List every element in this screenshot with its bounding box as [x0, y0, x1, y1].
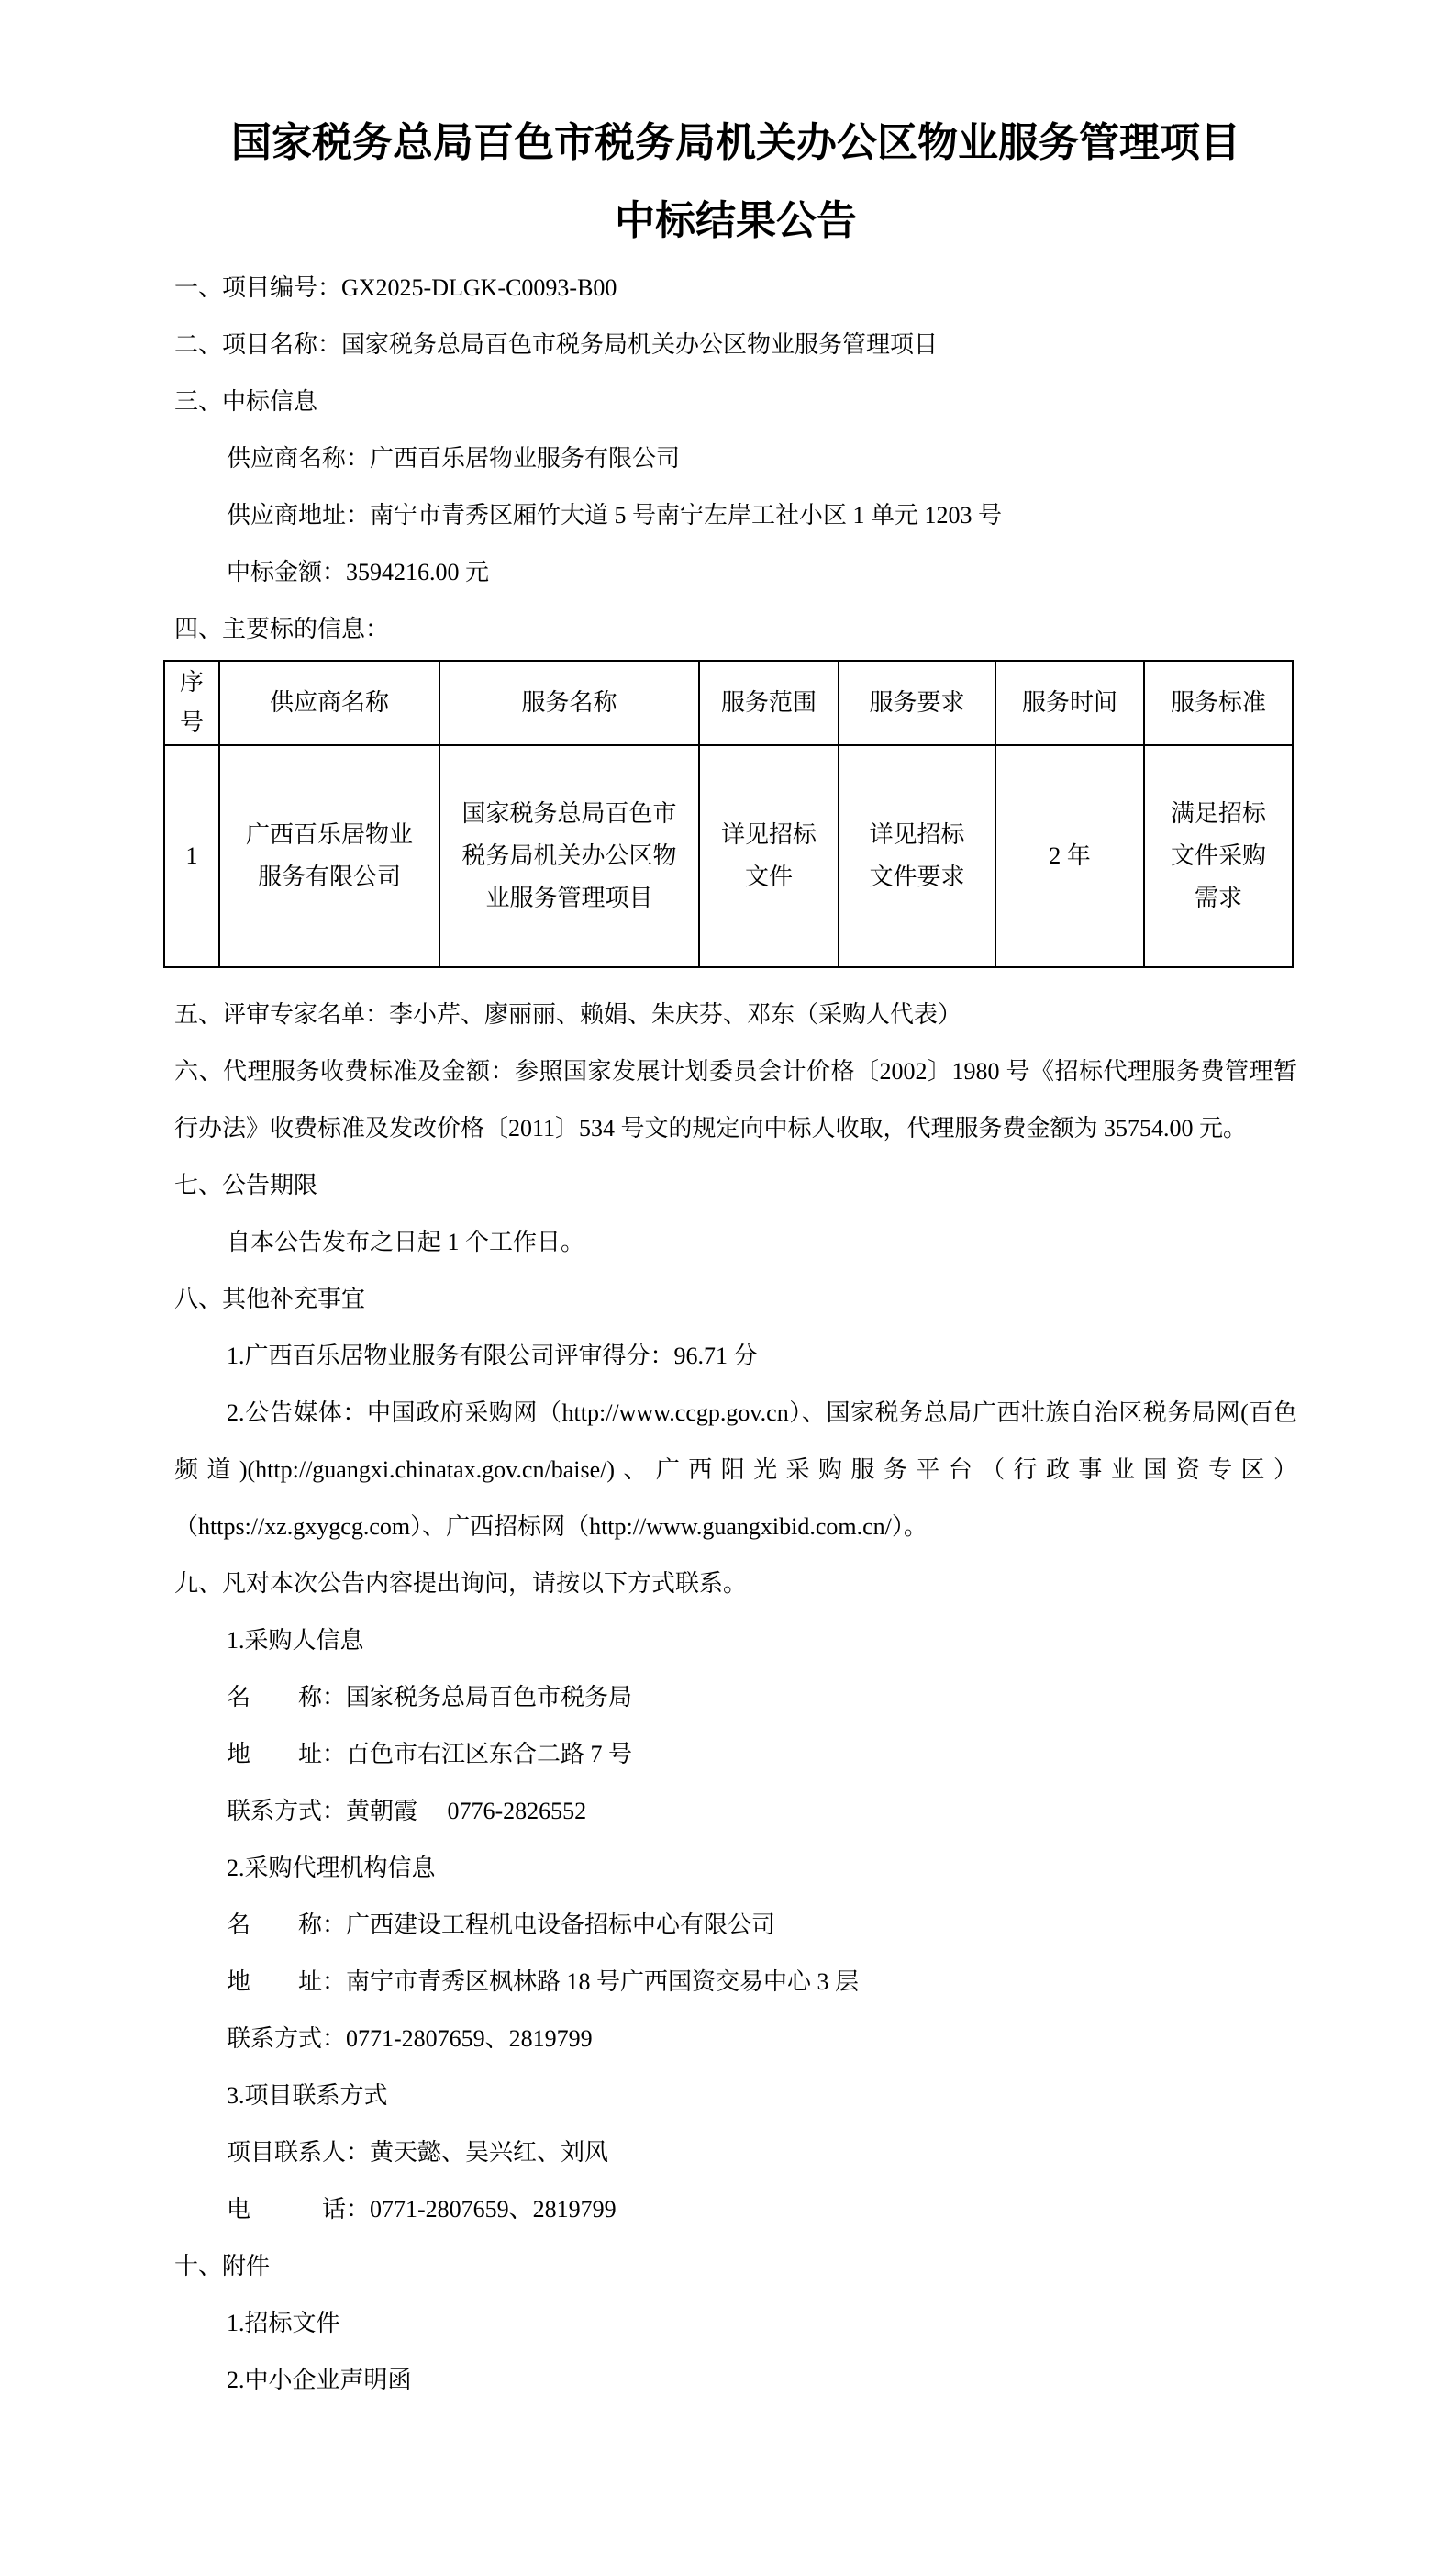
- paragraph: 1.招标文件: [174, 2295, 1297, 2352]
- table-row: 1广西百乐居物业 服务有限公司国家税务总局百色市 税务局机关办公区物 业服务管理…: [164, 745, 1293, 967]
- document-body-top: 一、项目编号：GX2025-DLGK-C0093-B00二、项目名称：国家税务总…: [174, 260, 1297, 658]
- paragraph: 五、评审专家名单：李小芹、廖丽丽、赖娟、朱庆芬、邓东（采购人代表）: [174, 986, 1297, 1043]
- announcement-page: { "colors": { "text": "#000000", "backgr…: [0, 0, 1456, 2552]
- table-header-cell: 服务要求: [839, 661, 995, 745]
- paragraph: 1.采购人信息: [174, 1612, 1297, 1669]
- paragraph: 3.项目联系方式: [174, 2067, 1297, 2124]
- paragraph: 电 话：0771-2807659、2819799: [174, 2181, 1297, 2238]
- paragraph: 联系方式：0771-2807659、2819799: [174, 2011, 1297, 2067]
- document-body-bottom: 五、评审专家名单：李小芹、廖丽丽、赖娟、朱庆芬、邓东（采购人代表）六、代理服务收…: [174, 986, 1297, 2409]
- paragraph: 供应商名称：广西百乐居物业服务有限公司: [174, 430, 1297, 487]
- table-header-cell: 服务时间: [995, 661, 1144, 745]
- paragraph: 七、公告期限: [174, 1157, 1297, 1214]
- paragraph: 联系方式：黄朝霞 0776-2826552: [174, 1783, 1297, 1840]
- paragraph: 四、主要标的信息：: [174, 601, 1297, 658]
- table-header-cell: 服务范围: [699, 661, 839, 745]
- paragraph: 供应商地址：南宁市青秀区厢竹大道 5 号南宁左岸工社小区 1 单元 1203 号: [174, 487, 1297, 544]
- table-header-cell: 服务名称: [439, 661, 699, 745]
- paragraph: 2.采购代理机构信息: [174, 1840, 1297, 1897]
- table-cell: 广西百乐居物业 服务有限公司: [219, 745, 439, 967]
- table-header-cell: 供应商名称: [219, 661, 439, 745]
- paragraph: 项目联系人：黄天懿、吴兴红、刘风: [174, 2124, 1297, 2181]
- table-header-row: 序号供应商名称服务名称服务范围服务要求服务时间服务标准: [164, 661, 1293, 745]
- document-title-line2: 中标结果公告: [174, 182, 1297, 260]
- paragraph: 地 址：南宁市青秀区枫林路 18 号广西国资交易中心 3 层: [174, 1954, 1297, 2011]
- paragraph: 三、中标信息: [174, 373, 1297, 430]
- paragraph: 一、项目编号：GX2025-DLGK-C0093-B00: [174, 260, 1297, 317]
- table-header-cell: 序号: [164, 661, 219, 745]
- paragraph: 1.广西百乐居物业服务有限公司评审得分：96.71 分: [174, 1328, 1297, 1385]
- table-body: 1广西百乐居物业 服务有限公司国家税务总局百色市 税务局机关办公区物 业服务管理…: [164, 745, 1293, 967]
- paragraph: 2.公告媒体：中国政府采购网（http://www.ccgp.gov.cn）、国…: [174, 1385, 1297, 1555]
- table-cell: 国家税务总局百色市 税务局机关办公区物 业服务管理项目: [439, 745, 699, 967]
- table-header-cell: 服务标准: [1144, 661, 1293, 745]
- paragraph: 八、其他补充事宜: [174, 1271, 1297, 1328]
- table-cell: 1: [164, 745, 219, 967]
- document-title-line1: 国家税务总局百色市税务局机关办公区物业服务管理项目: [174, 104, 1297, 182]
- paragraph: 名 称：国家税务总局百色市税务局: [174, 1669, 1297, 1726]
- paragraph: 六、代理服务收费标准及金额：参照国家发展计划委员会计价格〔2002〕1980 号…: [174, 1043, 1297, 1157]
- table-cell: 详见招标 文件要求: [839, 745, 995, 967]
- paragraph: 十、附件: [174, 2238, 1297, 2295]
- table-cell: 详见招标 文件: [699, 745, 839, 967]
- paragraph: 二、项目名称：国家税务总局百色市税务局机关办公区物业服务管理项目: [174, 317, 1297, 373]
- document: 国家税务总局百色市税务局机关办公区物业服务管理项目 中标结果公告 一、项目编号：…: [0, 0, 1456, 2446]
- paragraph: 2.中小企业声明函: [174, 2352, 1297, 2409]
- paragraph: 中标金额：3594216.00 元: [174, 544, 1297, 601]
- table-cell: 满足招标 文件采购 需求: [1144, 745, 1293, 967]
- paragraph: 自本公告发布之日起 1 个工作日。: [174, 1214, 1297, 1271]
- paragraph: 名 称：广西建设工程机电设备招标中心有限公司: [174, 1897, 1297, 1954]
- paragraph: 地 址：百色市右江区东合二路 7 号: [174, 1726, 1297, 1783]
- table-header-row: 序号供应商名称服务名称服务范围服务要求服务时间服务标准: [164, 661, 1293, 745]
- table-cell: 2 年: [995, 745, 1144, 967]
- main-bid-table: 序号供应商名称服务名称服务范围服务要求服务时间服务标准 1广西百乐居物业 服务有…: [163, 660, 1294, 968]
- paragraph: 九、凡对本次公告内容提出询问，请按以下方式联系。: [174, 1555, 1297, 1612]
